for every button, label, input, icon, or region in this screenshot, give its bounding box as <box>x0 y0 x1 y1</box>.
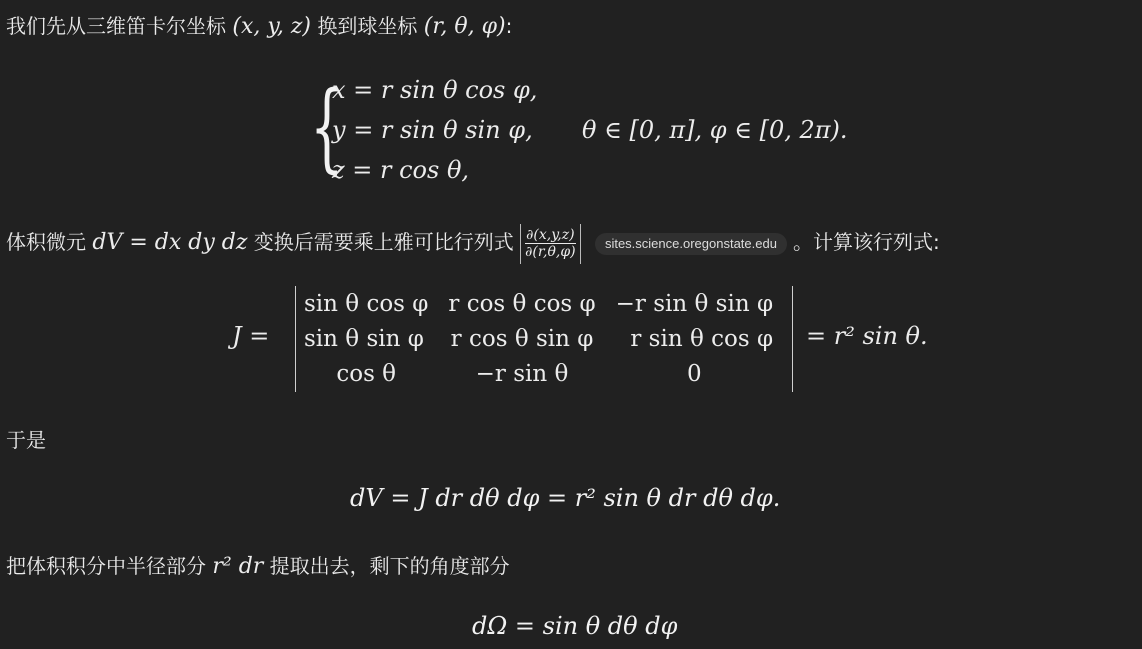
angular-part-paragraph: 把体积积分中半径部分 r² dr 提取出去，剩下的角度部分 <box>6 552 510 581</box>
text: 我们先从三维笛卡尔坐标 <box>6 14 226 38</box>
det-bar-left <box>295 286 296 392</box>
jacobian-matrix: sin θ cos φ r cos θ cos φ −r sin θ sin φ… <box>298 286 787 391</box>
text: 。计算该行列式: <box>793 230 940 254</box>
fraction-numerator: ∂(x,y,z) <box>525 227 575 244</box>
angle-range: θ ∈ [0, π], φ ∈ [0, 2π). <box>582 116 848 144</box>
matrix-cell: −r sin θ <box>442 356 609 391</box>
fraction-denominator: ∂(r,θ,φ) <box>525 244 575 260</box>
matrix-cell: −r sin θ sin φ <box>610 286 787 321</box>
text: 换到球坐标 <box>317 14 417 38</box>
jacobian-result: = r² sin θ. <box>806 322 928 350</box>
matrix-cell: sin θ cos φ <box>298 286 442 321</box>
equation-z: z = r cos θ, <box>332 156 469 184</box>
matrix-cell: r cos θ sin φ <box>442 321 609 356</box>
citation-chip[interactable]: sites.science.oregonstate.edu <box>595 233 787 255</box>
radial-part: r² dr <box>212 554 263 579</box>
cartesian-coords: (x, y, z) <box>232 14 311 39</box>
matrix-cell: r cos θ cos φ <box>442 286 609 321</box>
equation-x: x = r sin θ cos φ, <box>332 76 537 104</box>
matrix-cell: cos θ <box>298 356 442 391</box>
equation-y: y = r sin θ sin φ, <box>332 116 533 144</box>
det-bar-right <box>792 286 793 392</box>
jacobian-paragraph: 体积微元 dV = dx dy dz 变换后需要乘上雅可比行列式 ∂(x,y,z… <box>6 222 940 264</box>
jacobian-lhs: J = <box>232 322 269 350</box>
text: 把体积积分中半径部分 <box>6 554 206 578</box>
text: : <box>506 14 513 38</box>
volume-element-equation: dV = J dr dθ dφ = r² sin θ dr dθ dφ. <box>350 484 780 512</box>
volume-element: dV = dx dy dz <box>92 230 247 255</box>
text: 提取出去，剩下的角度部分 <box>270 554 510 578</box>
matrix-cell: 0 <box>610 356 787 391</box>
matrix-cell: r sin θ cos φ <box>610 321 787 356</box>
text: 体积微元 <box>6 230 86 254</box>
jacobian-fraction: ∂(x,y,z)∂(r,θ,φ) <box>525 227 575 260</box>
abs-bar-left <box>520 224 521 264</box>
intro-paragraph: 我们先从三维笛卡尔坐标 (x, y, z) 换到球坐标 (r, θ, φ): <box>6 12 512 41</box>
spherical-coords: (r, θ, φ) <box>424 14 506 39</box>
therefore-paragraph: 于是 <box>6 426 46 454</box>
abs-bar-right <box>580 224 581 264</box>
text: 变换后需要乘上雅可比行列式 <box>254 230 514 254</box>
text: 于是 <box>6 428 46 452</box>
matrix-cell: sin θ sin φ <box>298 321 442 356</box>
solid-angle-equation: dΩ = sin θ dθ dφ <box>472 612 677 640</box>
